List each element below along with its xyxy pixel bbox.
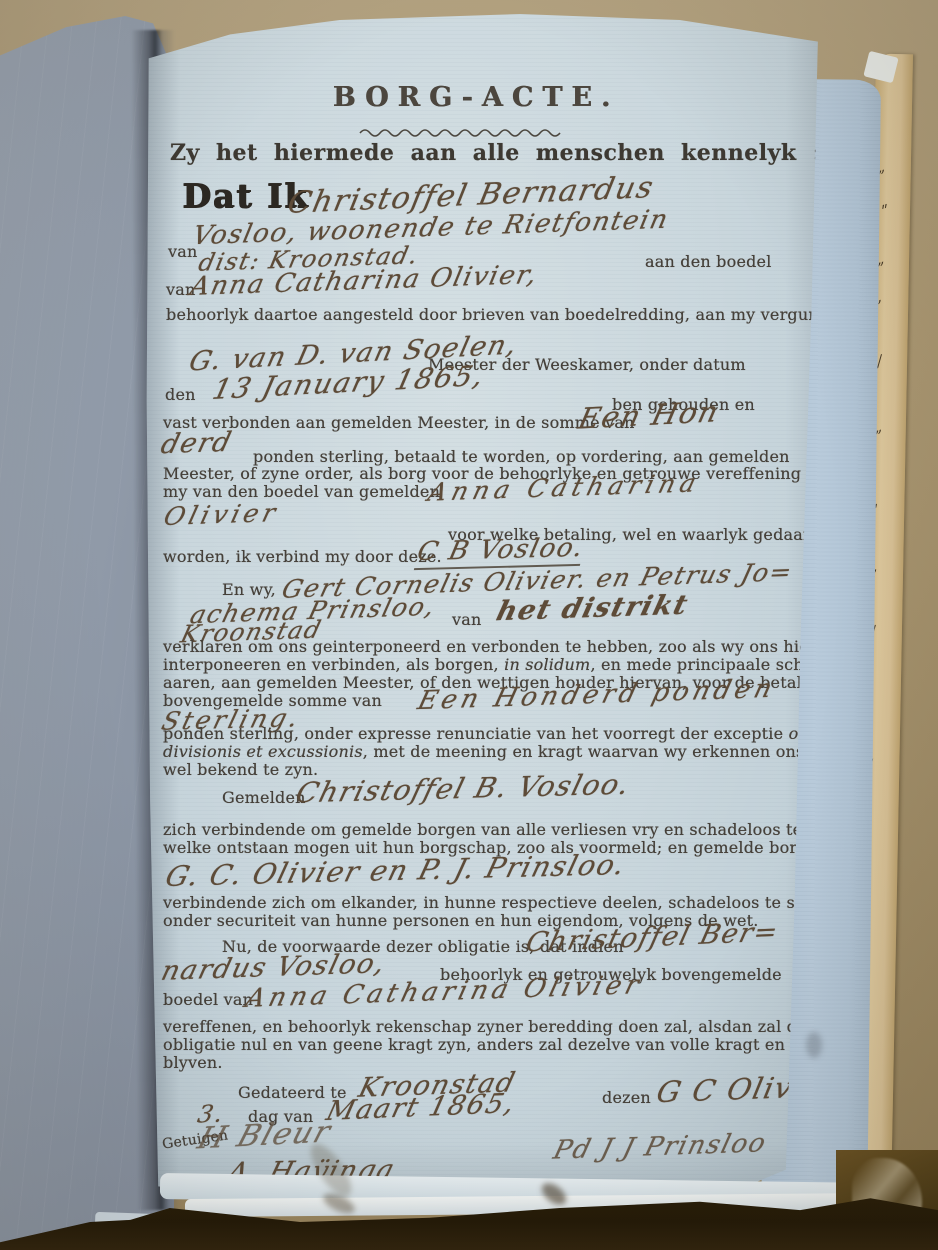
printed-verklaren-line2: interponeeren en verbinden, als borgen, … bbox=[163, 655, 856, 674]
signature-surety-right2: Pd J J Prinsloo bbox=[550, 1128, 770, 1165]
handwritten-amount-part2: derd bbox=[158, 427, 236, 460]
photograph-of-borg-acte-document: „ ʺ „ ” // „ ʺ ‚‚ / „ ʺ „ ‚ // „ BORG-AC… bbox=[0, 0, 938, 1250]
printed-dezen: dezen bbox=[602, 1088, 651, 1107]
wavy-rule bbox=[358, 126, 568, 138]
renunciatie-line2-post: , met de meening en kragt waarvan wy erk… bbox=[363, 742, 858, 761]
printed-betaling-line2: worden, ik verbind my door deze. bbox=[163, 547, 442, 566]
printed-van-1: van bbox=[168, 242, 197, 261]
handwritten-district2a: het distrikt bbox=[493, 590, 692, 628]
printed-renunciatie-line2: divisionis et excussionis, met de meenin… bbox=[163, 742, 857, 761]
shadow-smudge bbox=[806, 1032, 822, 1058]
printed-vereffenen-line1: vereffenen, en behoorlyk rekenschap zyne… bbox=[163, 1017, 825, 1036]
printed-borgen-line1: zich verbindende om gemelde borgen van a… bbox=[163, 820, 868, 839]
printed-vereffenen-line2: obligatie nul en van geene kragt zyn, an… bbox=[163, 1035, 838, 1054]
borg-acte-page: BORG-ACTE. Zy het hiermede aan alle mens… bbox=[146, 14, 826, 1214]
printed-renunciatie-line1: ponden sterling, onder expresse renuncia… bbox=[163, 724, 846, 743]
handwritten-principal-full: Christoffel B. Vosloo. bbox=[293, 768, 635, 810]
printed-aan-den-boedel: aan den boedel bbox=[645, 252, 772, 271]
handwritten-estate-name2b: Olivier bbox=[161, 498, 283, 531]
proclamation-line: Zy het hiermede aan alle menschen kennel… bbox=[170, 140, 821, 166]
printed-elkander-line1: verbindende zich om elkander, in hunne r… bbox=[163, 893, 847, 912]
printed-vereffenen-line3: blyven. bbox=[163, 1053, 223, 1072]
printed-den: den bbox=[165, 385, 196, 404]
printed-renunciatie-line3: wel bekend te zyn. bbox=[163, 760, 318, 779]
handwritten-month-year: Maart 1865, bbox=[323, 1088, 519, 1127]
printed-behoorlyk-line: behoorlyk daartoe aangesteld door brieve… bbox=[166, 305, 873, 324]
printed-verklaren-line1: verklaren om ons geinterponeerd en verbo… bbox=[163, 637, 862, 656]
printed-boedel-van: boedel van bbox=[163, 990, 253, 1009]
renunciatie-line1-pre: ponden sterling, onder expresse renuncia… bbox=[163, 724, 789, 743]
ink-fragment: ʺ bbox=[881, 201, 888, 222]
printed-en-wy: En wy, bbox=[222, 580, 276, 599]
printed-ponden-line3: my van den boedel van gemelden bbox=[163, 482, 440, 501]
verklaren-line2-italic: in solidum bbox=[504, 655, 590, 674]
renunciatie-line2-italic: divisionis et excussionis bbox=[163, 742, 363, 761]
document-title: BORG-ACTE. bbox=[266, 82, 686, 113]
verklaren-line2-pre: interponeeren en verbinden, als borgen, bbox=[163, 655, 504, 674]
handwritten-amount-part1: Een Hon bbox=[575, 394, 723, 435]
printed-van-3: van bbox=[452, 610, 481, 629]
